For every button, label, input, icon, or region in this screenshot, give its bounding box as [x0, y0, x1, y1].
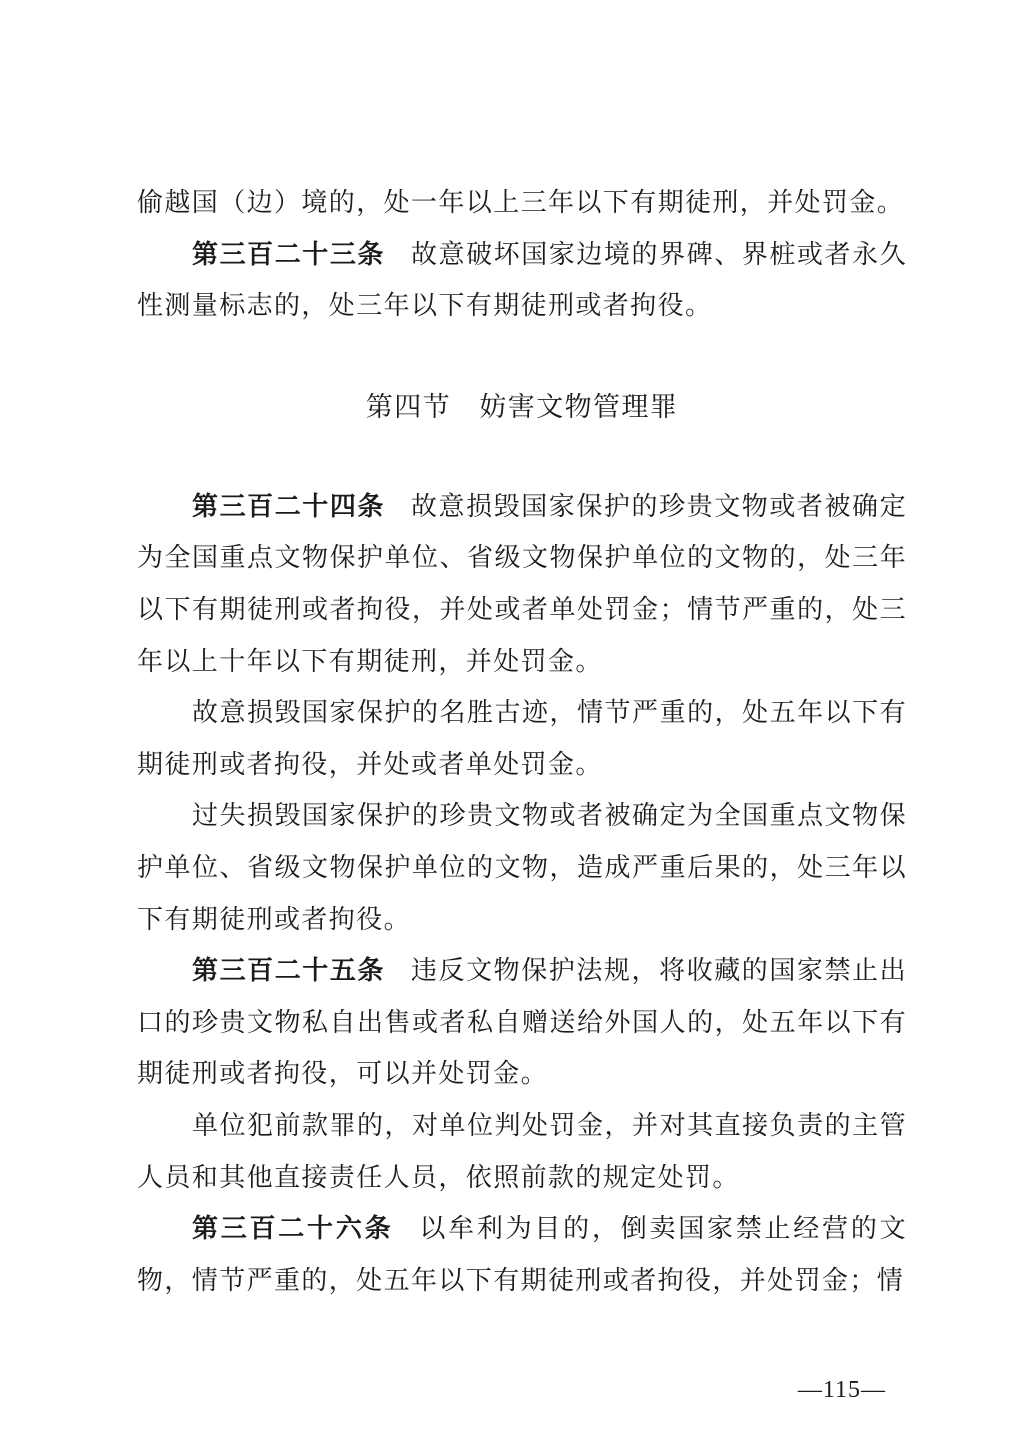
- law-paragraph: 故意损毁国家保护的名胜古迹，情节严重的，处五年以下有期徒刑或者拘役，并处或者单处…: [137, 687, 907, 790]
- law-paragraph: 单位犯前款罪的，对单位判处罚金，并对其直接负责的主管人员和其他直接责任人员，依照…: [137, 1100, 907, 1203]
- paragraph-text: 偷越国（边）境的，处一年以上三年以下有期徒刑，并处罚金。: [137, 188, 904, 217]
- document-page: 偷越国（边）境的，处一年以上三年以下有期徒刑，并处罚金。 第三百二十三条故意破坏…: [0, 0, 1024, 1448]
- article-number: 第三百二十三条: [192, 239, 385, 269]
- article-number: 第三百二十五条: [192, 955, 385, 985]
- paragraph-text: 故意损毁国家保护的名胜古迹，情节严重的，处五年以下有期徒刑或者拘役，并处或者单处…: [137, 698, 907, 779]
- article-number: 第三百二十四条: [192, 491, 385, 521]
- page-footer: —115—: [798, 1377, 886, 1404]
- page-number: —115—: [798, 1377, 886, 1403]
- section-heading: 第四节 妨害文物管理罪: [137, 381, 907, 433]
- law-paragraph: 过失损毁国家保护的珍贵文物或者被确定为全国重点文物保护单位、省级文物保护单位的文…: [137, 790, 907, 945]
- paragraph-text: 单位犯前款罪的，对单位判处罚金，并对其直接负责的主管人员和其他直接责任人员，依照…: [137, 1111, 907, 1192]
- law-paragraph: 第三百二十三条故意破坏国家边境的界碑、界桩或者永久性测量标志的，处三年以下有期徒…: [137, 229, 907, 332]
- law-paragraph: 偷越国（边）境的，处一年以上三年以下有期徒刑，并处罚金。: [137, 177, 907, 229]
- law-paragraph: 第三百二十六条以牟利为目的，倒卖国家禁止经营的文物，情节严重的，处五年以下有期徒…: [137, 1203, 907, 1306]
- law-paragraph: 第三百二十五条违反文物保护法规，将收藏的国家禁止出口的珍贵文物私自出售或者私自赠…: [137, 945, 907, 1100]
- document-body: 偷越国（边）境的，处一年以上三年以下有期徒刑，并处罚金。 第三百二十三条故意破坏…: [137, 177, 907, 1306]
- article-number: 第三百二十六条: [192, 1213, 393, 1243]
- paragraph-text: 过失损毁国家保护的珍贵文物或者被确定为全国重点文物保护单位、省级文物保护单位的文…: [137, 801, 907, 933]
- law-paragraph: 第三百二十四条故意损毁国家保护的珍贵文物或者被确定为全国重点文物保护单位、省级文…: [137, 481, 907, 687]
